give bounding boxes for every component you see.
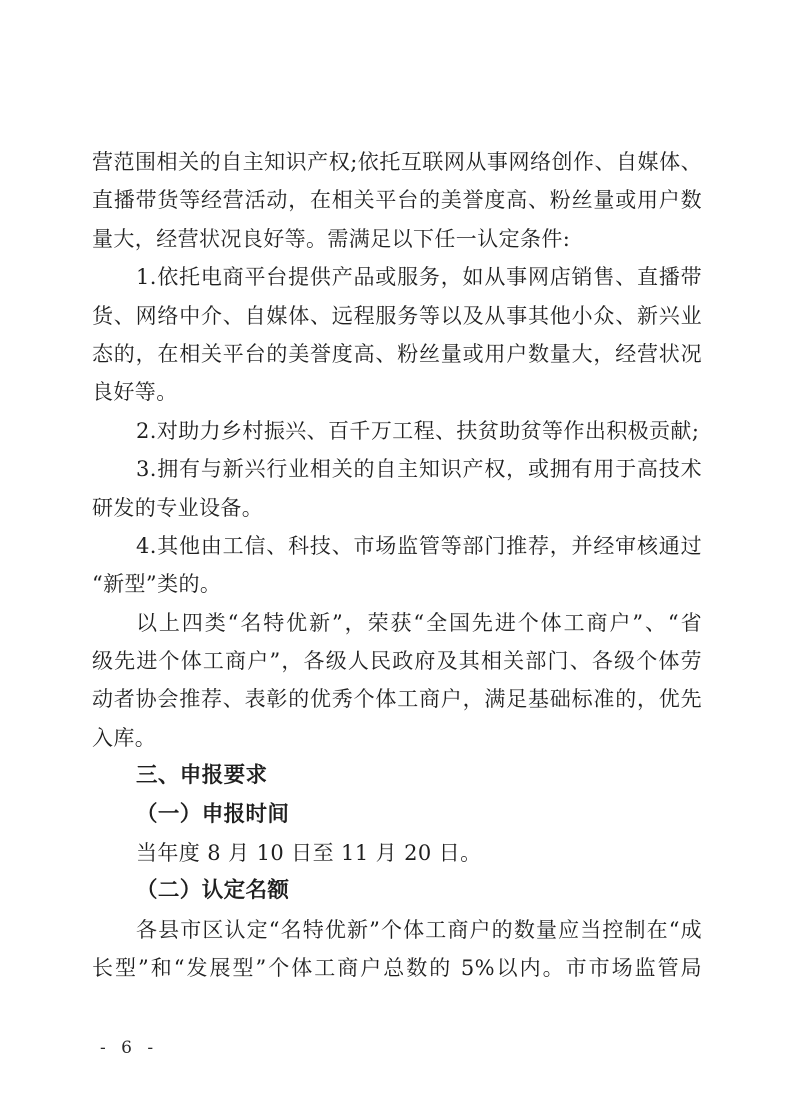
list-item-3-line: 3.拥有与新兴行业相关的自主知识产权，或拥有用于高技术 [92,450,702,488]
paragraph-line: 长型”和“发展型”个体工商户总数的 5%以内。市市场监管局 [92,949,702,987]
paragraph-line: 当年度 8 月 10 日至 11 月 20 日。 [92,834,702,872]
document-page: 营范围相关的自主知识产权;依托互联网从事网络创作、自媒体、 直播带货等经营活动，… [0,0,792,1120]
subsection-heading: （二）认定名额 [92,872,702,910]
list-item-1-line: 1.依托电商平台提供产品或服务，如从事网店销售、直播带 [92,258,702,296]
section-heading: 三、申报要求 [92,757,702,795]
list-item-1-line: 良好等。 [92,373,702,411]
paragraph-line: 量大，经营状况良好等。需满足以下任一认定条件: [92,220,702,258]
document-body: 营范围相关的自主知识产权;依托互联网从事网络创作、自媒体、 直播带货等经营活动，… [92,143,702,988]
list-item-1-line: 货、网络中介、自媒体、远程服务等以及从事其他小众、新兴业 [92,297,702,335]
paragraph-line: 各县市区认定“名特优新”个体工商户的数量应当控制在“成 [92,911,702,949]
paragraph-line: 营范围相关的自主知识产权;依托互联网从事网络创作、自媒体、 [92,143,702,181]
subsection-heading: （一）申报时间 [92,796,702,834]
paragraph-line: 级先进个体工商户”，各级人民政府及其相关部门、各级个体劳 [92,642,702,680]
list-item-1-line: 态的，在相关平台的美誉度高、粉丝量或用户数量大，经营状况 [92,335,702,373]
list-item-4-line: “新型”类的。 [92,565,702,603]
paragraph-line: 入库。 [92,719,702,757]
paragraph-line: 动者协会推荐、表彰的优秀个体工商户，满足基础标准的，优先 [92,680,702,718]
list-item-3-line: 研发的专业设备。 [92,489,702,527]
page-number: - 6 - [100,1038,158,1058]
paragraph-line: 直播带货等经营活动，在相关平台的美誉度高、粉丝量或用户数 [92,181,702,219]
list-item-4-line: 4.其他由工信、科技、市场监管等部门推荐，并经审核通过 [92,527,702,565]
list-item-2-line: 2.对助力乡村振兴、百千万工程、扶贫助贫等作出积极贡献; [92,412,702,450]
paragraph-line: 以上四类“名特优新”，荣获“全国先进个体工商户”、“省 [92,604,702,642]
